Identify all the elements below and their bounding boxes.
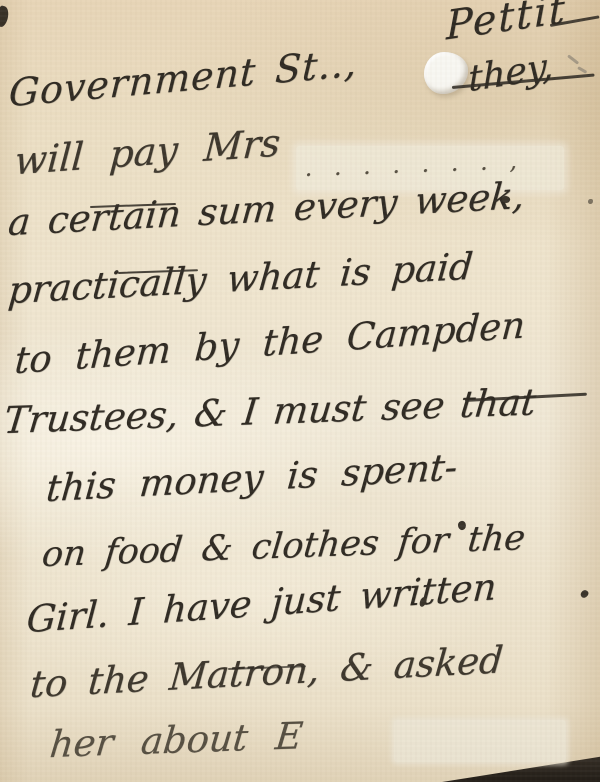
ink-speck	[579, 589, 589, 600]
handwritten-line: this money is spent-	[45, 448, 459, 507]
archival-annotation: Pettit	[446, 0, 567, 46]
handwritten-line: will pay Mrs	[13, 123, 281, 180]
handwritten-line: a certain sum every week,	[7, 177, 526, 241]
handwritten-line: practically what is paid	[7, 248, 475, 310]
ink-speck	[588, 199, 593, 204]
handwritten-line: to them by the Campden	[13, 306, 526, 379]
handwritten-line: Girl. I have just written	[25, 568, 497, 638]
handwritten-line-struck: they,	[468, 49, 554, 99]
redaction-box	[394, 720, 566, 762]
letter-page: Pettit Government St.., they, will pay M…	[0, 0, 600, 782]
smudge-mark	[577, 66, 587, 73]
edge-mark	[0, 5, 10, 28]
handwritten-line: to the Matron, & asked	[29, 641, 505, 703]
handwritten-line: on food & clothes for the	[40, 521, 527, 573]
handwritten-line: her about E	[48, 717, 304, 763]
handwritten-line: Government St..,	[8, 44, 358, 113]
handwritten-line: Trustees, & I must see that	[2, 383, 538, 439]
smudge-mark	[567, 54, 579, 64]
